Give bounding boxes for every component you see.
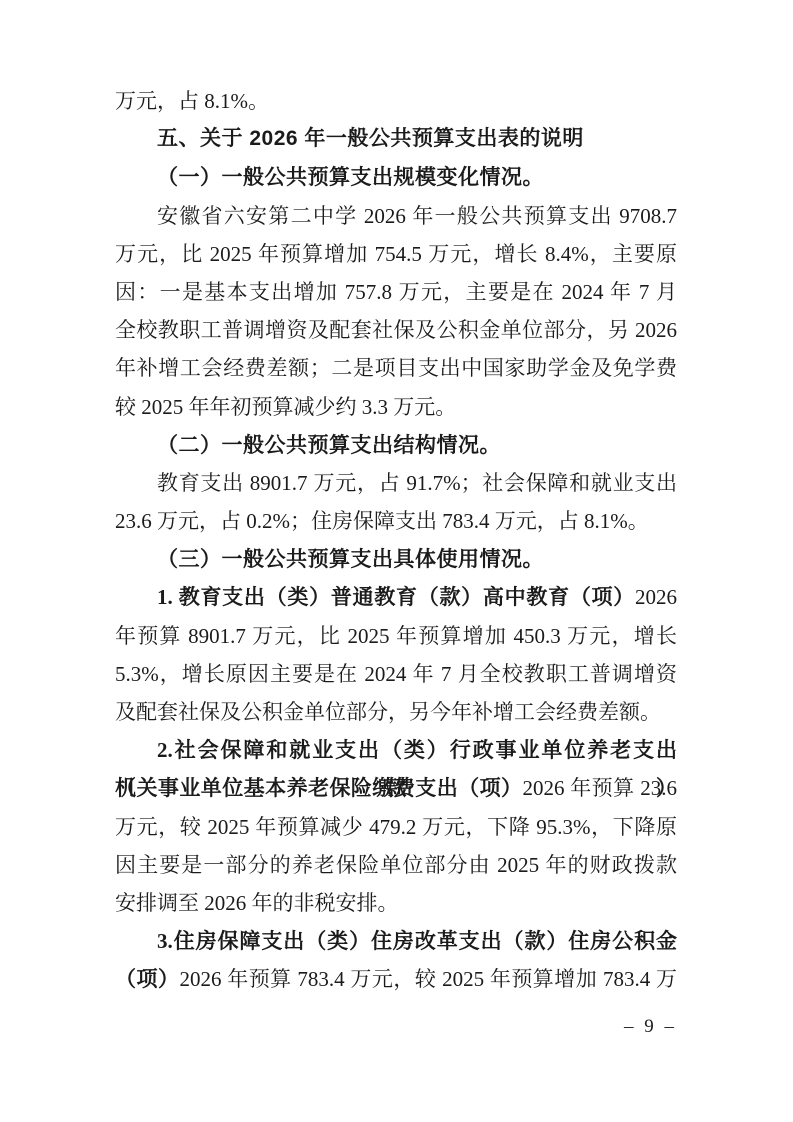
text-line: 23.6 万元，占 0.2%；住房保障支出 783.4 万元，占 8.1%。 [115,502,677,540]
text-run: 五、关于 2026 年一般公共预算支出表的说明 [157,127,584,150]
text-line: 较 2025 年年初预算减少约 3.3 万元。 [115,388,677,426]
text-line: （二）一般公共预算支出结构情况。 [115,426,677,464]
text-run: （项） [115,967,179,991]
text-line: 因主要是一部分的养老保险单位部分由 2025 年的财政拨款 [115,846,677,884]
text-run: 2026 年预算 23.6 [523,776,678,800]
text-run: （一）一般公共预算支出规模变化情况。 [157,165,544,189]
text-run: （三）一般公共预算支出具体使用情况。 [157,547,544,571]
text-run: 较 2025 年年初预算减少约 3.3 万元。 [115,395,456,419]
text-line: 安排调至 2026 年的非税安排。 [115,884,677,922]
text-run: （二）一般公共预算支出结构情况。 [157,433,501,457]
document-page: 万元，占 8.1%。五、关于 2026 年一般公共预算支出表的说明（一）一般公共… [0,0,793,1122]
text-run: 2026 年预算 783.4 万元，较 2025 年预算增加 783.4 万 [179,967,677,991]
text-run: 万元，比 2025 年预算增加 754.5 万元，增长 8.4%，主要原 [115,242,677,266]
text-line: 3.住房保障支出（类）住房改革支出（款）住房公积金 [115,922,677,960]
text-run: 5.3%，增长原因主要是在 2024 年 7 月全校教职工普调增资 [115,662,677,686]
text-run: 1. 教育支出（类）普通教育（款）高中教育（项） [157,585,635,609]
text-line: 1. 教育支出（类）普通教育（款）高中教育（项）2026 [115,578,677,616]
text-line: 全校教职工普调增资及配套社保及公积金单位部分，另 2026 [115,311,677,349]
text-line: （一）一般公共预算支出规模变化情况。 [115,158,677,196]
text-run: 3.住房保障支出（类）住房改革支出（款）住房公积金 [157,929,677,953]
text-line: （项）2026 年预算 783.4 万元，较 2025 年预算增加 783.4 … [115,960,677,998]
page-number: – 9 – [624,1014,677,1040]
text-line: 万元，比 2025 年预算增加 754.5 万元，增长 8.4%，主要原 [115,235,677,273]
text-run: 教育支出 8901.7 万元，占 91.7%；社会保障和就业支出 [157,471,677,495]
text-line: 机关事业单位基本养老保险缴费支出（项）2026 年预算 23.6 [115,769,677,807]
text-run: 及配套社保及公积金单位部分，另今年补增工会经费差额。 [115,700,661,724]
text-run: 年补增工会经费差额；二是项目支出中国家助学金及免学费 [115,356,677,380]
text-run: 万元，较 2025 年预算减少 479.2 万元，下降 95.3%，下降原 [115,815,677,839]
text-line: 安徽省六安第二中学 2026 年一般公共预算支出 9708.7 [115,197,677,235]
text-line: 年预算 8901.7 万元，比 2025 年预算增加 450.3 万元，增长 [115,617,677,655]
text-run: 机关事业单位基本养老保险缴费支出（项） [115,776,523,800]
text-run: 年预算 8901.7 万元，比 2025 年预算增加 450.3 万元，增长 [115,624,677,648]
text-run: 全校教职工普调增资及配套社保及公积金单位部分，另 2026 [115,318,677,342]
text-line: 及配套社保及公积金单位部分，另今年补增工会经费差额。 [115,693,677,731]
document-content: 万元，占 8.1%。五、关于 2026 年一般公共预算支出表的说明（一）一般公共… [115,82,677,999]
text-line: 5.3%，增长原因主要是在 2024 年 7 月全校教职工普调增资 [115,655,677,693]
text-run: 23.6 万元，占 0.2%；住房保障支出 783.4 万元，占 8.1%。 [115,509,649,533]
text-run: 万元，占 8.1%。 [115,89,269,113]
text-line: 五、关于 2026 年一般公共预算支出表的说明 [115,120,677,158]
text-line: 年补增工会经费差额；二是项目支出中国家助学金及免学费 [115,349,677,387]
text-line: 2.社会保障和就业支出（类）行政事业单位养老支出（款） [115,731,677,769]
text-line: 教育支出 8901.7 万元，占 91.7%；社会保障和就业支出 [115,464,677,502]
text-line: （三）一般公共预算支出具体使用情况。 [115,540,677,578]
text-line: 万元，占 8.1%。 [115,82,677,120]
text-run: 安排调至 2026 年的非税安排。 [115,891,399,915]
text-line: 因：一是基本支出增加 757.8 万元，主要是在 2024 年 7 月 [115,273,677,311]
text-line: 万元，较 2025 年预算减少 479.2 万元，下降 95.3%，下降原 [115,808,677,846]
text-run: 因：一是基本支出增加 757.8 万元，主要是在 2024 年 7 月 [115,280,677,304]
text-run: 安徽省六安第二中学 2026 年一般公共预算支出 9708.7 [157,204,677,228]
text-run: 2026 [635,585,677,609]
text-run: 因主要是一部分的养老保险单位部分由 2025 年的财政拨款 [115,853,677,877]
